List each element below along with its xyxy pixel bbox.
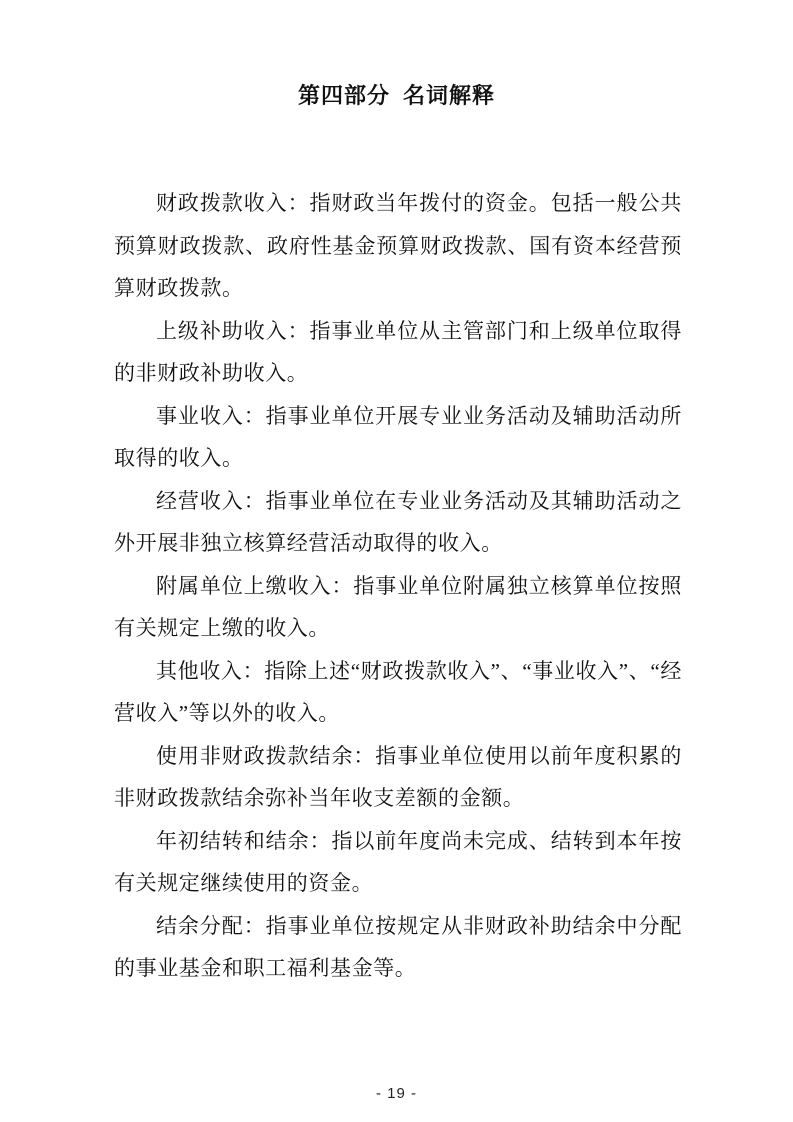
definition-paragraph-jieyu-fenpei: 结余分配：指事业单位按规定从非财政补助结余中分配的事业基金和职工福利基金等。 (114, 905, 682, 990)
definition-paragraph-shiyong-feicaizheng-bokuan-jieyu: 使用非财政拨款结余：指事业单位使用以前年度积累的非财政拨款结余弥补当年收支差额的… (114, 735, 682, 820)
definition-paragraph-qita-shouru: 其他收入：指除上述“财政拨款收入”、“事业收入”、“经营收入”等以外的收入。 (114, 650, 682, 735)
definition-paragraph-jingying-shouru: 经营收入：指事业单位在专业业务活动及其辅助活动之外开展非独立核算经营活动取得的收… (114, 480, 682, 565)
document-page: 第四部分 名词解释 财政拨款收入：指财政当年拨付的资金。包括一般公共预算财政拨款… (0, 0, 793, 1122)
definition-paragraph-nianchu-jiezhuan-he-jieyu: 年初结转和结余：指以前年度尚未完成、结转到本年按有关规定继续使用的资金。 (114, 820, 682, 905)
page-number: - 19 - (0, 1085, 793, 1102)
definition-paragraph-caizheng-bokuan-shouru: 财政拨款收入：指财政当年拨付的资金。包括一般公共预算财政拨款、政府性基金预算财政… (114, 182, 682, 310)
definition-paragraph-fushu-danwei-shangjiao-shouru: 附属单位上缴收入：指事业单位附属独立核算单位按照有关规定上缴的收入。 (114, 565, 682, 650)
definition-paragraph-shiye-shouru: 事业收入：指事业单位开展专业业务活动及辅助活动所取得的收入。 (114, 395, 682, 480)
section-title: 第四部分 名词解释 (0, 83, 793, 109)
definition-paragraph-shangji-buzhu-shouru: 上级补助收入：指事业单位从主管部门和上级单位取得的非财政补助收入。 (114, 310, 682, 395)
document-body: 财政拨款收入：指财政当年拨付的资金。包括一般公共预算财政拨款、政府性基金预算财政… (114, 182, 682, 990)
